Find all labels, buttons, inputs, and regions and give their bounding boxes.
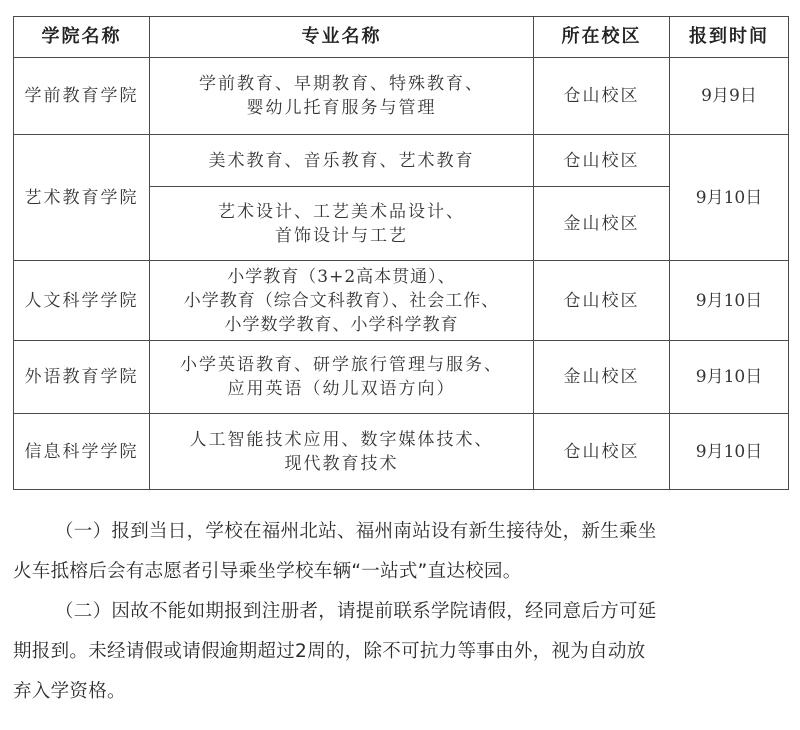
table-row: 外语教育学院 小学英语教育、研学旅行管理与服务、 应用英语（幼儿双语方向） 金山… (14, 341, 789, 414)
header-campus: 所在校区 (534, 17, 670, 58)
note-2-line-1-text: （二）因故不能如期报到注册者，请提前联系学院请假，经同意后方可延 (55, 601, 657, 622)
majors-cell: 人工智能技术应用、数字媒体技术、 现代教育技术 (150, 414, 534, 490)
note-1-line-1: （一）报到当日，学校在福州北站、福州南站设有新生接待处，新生乘坐 (13, 512, 788, 552)
table-row: 学前教育学院 学前教育、早期教育、特殊教育、 婴幼儿托育服务与管理 仓山校区 9… (14, 58, 789, 135)
college-cell: 外语教育学院 (14, 341, 150, 414)
table-header-row: 学院名称 专业名称 所在校区 报到时间 (14, 17, 789, 58)
header-college: 学院名称 (14, 17, 150, 58)
note-1-line-2: 火车抵榕后会有志愿者引导乘坐学校车辆“一站式”直达校园。 (13, 552, 788, 592)
note-2-line-3: 弃入学资格。 (13, 672, 788, 712)
note-2-line-2: 期报到。未经请假或请假逾期超过2周的，除不可抗力等事由外，视为自动放 (13, 632, 788, 672)
campus-cell: 仓山校区 (534, 261, 670, 341)
majors-cell: 小学英语教育、研学旅行管理与服务、 应用英语（幼儿双语方向） (150, 341, 534, 414)
campus-cell: 仓山校区 (534, 135, 670, 187)
campus-cell: 仓山校区 (534, 58, 670, 135)
campus-cell: 金山校区 (534, 341, 670, 414)
note-paragraph-2: （二）因故不能如期报到注册者，请提前联系学院请假，经同意后方可延 期报到。未经请… (13, 592, 788, 712)
note-paragraph-1: （一）报到当日，学校在福州北站、福州南站设有新生接待处，新生乘坐 火车抵榕后会有… (13, 512, 788, 592)
registration-schedule-table-container: 学院名称 专业名称 所在校区 报到时间 学前教育学院 学前教育、早期教育、特殊教… (13, 16, 788, 490)
header-majors: 专业名称 (150, 17, 534, 58)
date-cell: 9月10日 (670, 414, 789, 490)
note-1-line-1-text: （一）报到当日，学校在福州北站、福州南站设有新生接待处，新生乘坐 (55, 521, 657, 542)
registration-schedule-table: 学院名称 专业名称 所在校区 报到时间 学前教育学院 学前教育、早期教育、特殊教… (13, 16, 789, 490)
campus-cell: 金山校区 (534, 187, 670, 261)
college-cell: 艺术教育学院 (14, 135, 150, 261)
table-row: 艺术教育学院 美术教育、音乐教育、艺术教育 仓山校区 9月10日 (14, 135, 789, 187)
date-cell: 9月9日 (670, 58, 789, 135)
campus-cell: 仓山校区 (534, 414, 670, 490)
college-cell: 人文科学学院 (14, 261, 150, 341)
date-cell: 9月10日 (670, 341, 789, 414)
date-cell: 9月10日 (670, 261, 789, 341)
header-date: 报到时间 (670, 17, 789, 58)
table-row: 信息科学学院 人工智能技术应用、数字媒体技术、 现代教育技术 仓山校区 9月10… (14, 414, 789, 490)
note-2-line-1: （二）因故不能如期报到注册者，请提前联系学院请假，经同意后方可延 (13, 592, 788, 632)
majors-cell: 艺术设计、工艺美术品设计、 首饰设计与工艺 (150, 187, 534, 261)
college-cell: 信息科学学院 (14, 414, 150, 490)
majors-cell: 美术教育、音乐教育、艺术教育 (150, 135, 534, 187)
table-row: 人文科学学院 小学教育（3+2高本贯通）、 小学教育（综合文科教育）、社会工作、… (14, 261, 789, 341)
date-cell: 9月10日 (670, 135, 789, 261)
majors-cell: 小学教育（3+2高本贯通）、 小学教育（综合文科教育）、社会工作、 小学数学教育… (150, 261, 534, 341)
college-cell: 学前教育学院 (14, 58, 150, 135)
majors-cell: 学前教育、早期教育、特殊教育、 婴幼儿托育服务与管理 (150, 58, 534, 135)
